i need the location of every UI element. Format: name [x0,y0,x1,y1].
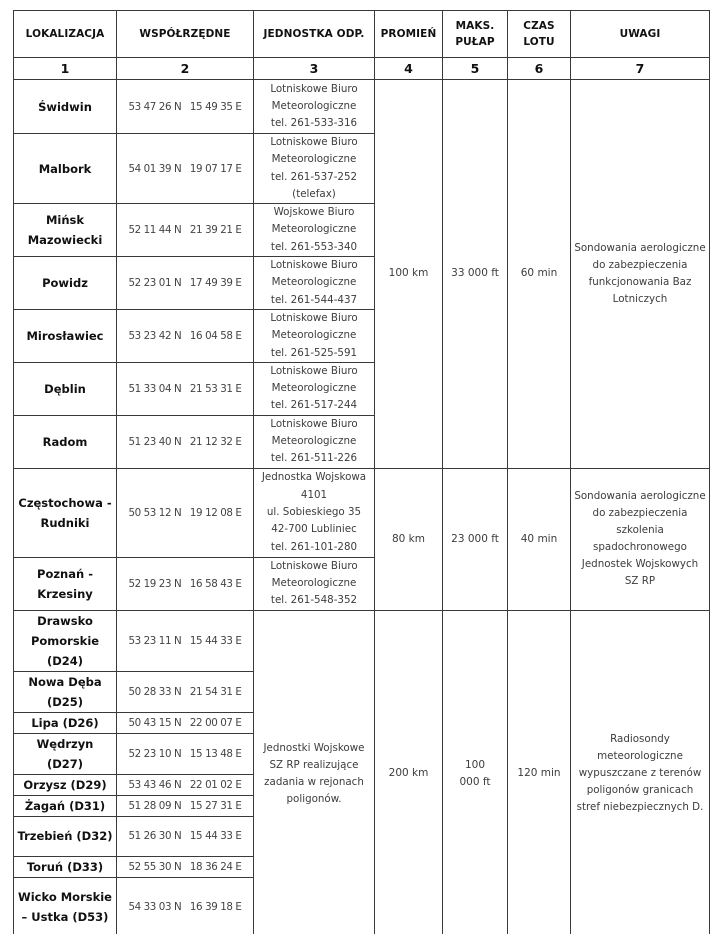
header-uwagi: UWAGI [571,11,710,58]
unit-line: tel. 261-533-316 [257,115,371,132]
column-number: 1 [14,58,117,80]
remarks-cell: Radiosondy meteorologiczne wypuszczane z… [571,610,710,934]
responsible-unit-cell: Lotniskowe BiuroMeteorologicznetel. 261-… [254,362,375,415]
coordinates-cell: 53 23 42 N 16 04 58 E [117,309,254,362]
responsible-unit-cell: Lotniskowe BiuroMeteorologicznetel. 261-… [254,134,375,204]
unit-line: (telefax) [257,186,371,203]
location-cell: Poznań - Krzesiny [14,557,117,610]
coordinates-cell: 53 23 11 N 15 44 33 E [117,610,254,671]
radiosonde-table: LOKALIZACJA WSPÓŁRZĘDNE JEDNOSTKA ODP. P… [13,10,710,934]
unit-line: Lotniskowe Biuro [257,81,371,98]
unit-line: tel. 261-544-437 [257,292,371,309]
radius-cell: 200 km [375,610,443,934]
location-cell: Żagań (D31) [14,795,117,816]
coordinates-cell: 51 33 04 N 21 53 31 E [117,362,254,415]
max-ceiling-cell: 100 000 ft [443,610,508,934]
coordinates-cell: 52 11 44 N 21 39 21 E [117,204,254,257]
coordinates-cell: 53 47 26 N 15 49 35 E [117,80,254,134]
column-number: 7 [571,58,710,80]
unit-line: 42-700 Lubliniec [257,521,371,538]
location-cell: Powidz [14,257,117,310]
location-cell: Radom [14,415,117,468]
header-row: LOKALIZACJA WSPÓŁRZĘDNE JEDNOSTKA ODP. P… [14,11,710,58]
coordinates-cell: 51 23 40 N 21 12 32 E [117,415,254,468]
unit-line: tel. 261-548-352 [257,592,371,609]
unit-line: 4101 [257,487,371,504]
column-number: 5 [443,58,508,80]
unit-line: Meteorologiczne [257,327,371,344]
unit-line: Lotniskowe Biuro [257,310,371,327]
unit-line: Lotniskowe Biuro [257,363,371,380]
location-cell: Trzebień (D32) [14,816,117,856]
coordinates-cell: 51 26 30 N 15 44 33 E [117,816,254,856]
responsible-unit-cell: Lotniskowe BiuroMeteorologicznetel. 261-… [254,309,375,362]
header-pulap: MAKS. PUŁAP [443,11,508,58]
column-number: 6 [508,58,571,80]
unit-line: Lotniskowe Biuro [257,257,371,274]
radius-cell: 80 km [375,468,443,610]
flight-time-cell: 40 min [508,468,571,610]
responsible-unit-cell: Jednostki Wojskowe SZ RP realizujące zad… [254,610,375,934]
coordinates-cell: 52 55 30 N 18 36 24 E [117,856,254,877]
coordinates-cell: 54 01 39 N 19 07 17 E [117,134,254,204]
location-cell: Wędrzyn (D27) [14,733,117,774]
table-row: Częstochowa - Rudniki50 53 12 N 19 12 08… [14,468,710,557]
location-cell: Mirosławiec [14,309,117,362]
unit-line: Meteorologiczne [257,433,371,450]
table-body: Świdwin53 47 26 N 15 49 35 ELotniskowe B… [14,80,710,934]
coordinates-cell: 52 23 01 N 17 49 39 E [117,257,254,310]
column-number-row: 1 2 3 4 5 6 7 [14,58,710,80]
header-lokalizacja: LOKALIZACJA [14,11,117,58]
header-czas-lotu: CZAS LOTU [508,11,571,58]
remarks-cell: Sondowania aerologiczne do zabezpieczeni… [571,468,710,610]
column-number: 4 [375,58,443,80]
unit-line: Wojskowe Biuro [257,204,371,221]
max-ceiling-cell: 33 000 ft [443,80,508,469]
unit-line: ul. Sobieskiego 35 [257,504,371,521]
header-promien: PROMIEŃ [375,11,443,58]
unit-line: Lotniskowe Biuro [257,416,371,433]
coordinates-cell: 50 53 12 N 19 12 08 E [117,468,254,557]
location-cell: Malbork [14,134,117,204]
max-ceiling-cell: 23 000 ft [443,468,508,610]
flight-time-cell: 60 min [508,80,571,469]
unit-line: Lotniskowe Biuro [257,558,371,575]
flight-time-cell: 120 min [508,610,571,934]
responsible-unit-cell: Lotniskowe BiuroMeteorologicznetel. 261-… [254,415,375,468]
column-number: 2 [117,58,254,80]
location-cell: Świdwin [14,80,117,134]
unit-line: Meteorologiczne [257,98,371,115]
location-cell: Wicko Morskie – Ustka (D53) [14,877,117,934]
coordinates-cell: 51 28 09 N 15 27 31 E [117,795,254,816]
location-cell: Częstochowa - Rudniki [14,468,117,557]
unit-line: tel. 261-101-280 [257,539,371,556]
unit-line: tel. 261-553-340 [257,239,371,256]
remarks-cell: Sondowania aerologiczne do zabezpieczeni… [571,80,710,469]
location-cell: Toruń (D33) [14,856,117,877]
unit-line: tel. 261-517-244 [257,397,371,414]
unit-line: tel. 261-511-226 [257,450,371,467]
responsible-unit-cell: Lotniskowe BiuroMeteorologicznetel. 261-… [254,557,375,610]
location-cell: Drawsko Pomorskie (D24) [14,610,117,671]
location-cell: Nowa Dęba (D25) [14,671,117,712]
unit-line: Meteorologiczne [257,151,371,168]
coordinates-cell: 52 19 23 N 16 58 43 E [117,557,254,610]
unit-line: tel. 261-525-591 [257,345,371,362]
responsible-unit-cell: Lotniskowe BiuroMeteorologicznetel. 261-… [254,257,375,310]
unit-line: Meteorologiczne [257,274,371,291]
unit-line: Meteorologiczne [257,221,371,238]
responsible-unit-cell: Lotniskowe BiuroMeteorologicznetel. 261-… [254,80,375,134]
responsible-unit-cell: Jednostka Wojskowa4101ul. Sobieskiego 35… [254,468,375,557]
unit-line: tel. 261-537-252 [257,169,371,186]
coordinates-cell: 50 28 33 N 21 54 31 E [117,671,254,712]
coordinates-cell: 54 33 03 N 16 39 18 E [117,877,254,934]
radius-cell: 100 km [375,80,443,469]
unit-line: Meteorologiczne [257,575,371,592]
header-jednostka: JEDNOSTKA ODP. [254,11,375,58]
table-row: Świdwin53 47 26 N 15 49 35 ELotniskowe B… [14,80,710,134]
header-wspolrzedne: WSPÓŁRZĘDNE [117,11,254,58]
location-cell: Orzysz (D29) [14,774,117,795]
responsible-unit-cell: Wojskowe BiuroMeteorologicznetel. 261-55… [254,204,375,257]
table-row: Drawsko Pomorskie (D24)53 23 11 N 15 44 … [14,610,710,671]
unit-line: Lotniskowe Biuro [257,134,371,151]
coordinates-cell: 50 43 15 N 22 00 07 E [117,712,254,733]
coordinates-cell: 52 23 10 N 15 13 48 E [117,733,254,774]
location-cell: Dęblin [14,362,117,415]
unit-line: Meteorologiczne [257,380,371,397]
location-cell: Lipa (D26) [14,712,117,733]
column-number: 3 [254,58,375,80]
location-cell: Mińsk Mazowiecki [14,204,117,257]
unit-line: Jednostka Wojskowa [257,469,371,486]
coordinates-cell: 53 43 46 N 22 01 02 E [117,774,254,795]
